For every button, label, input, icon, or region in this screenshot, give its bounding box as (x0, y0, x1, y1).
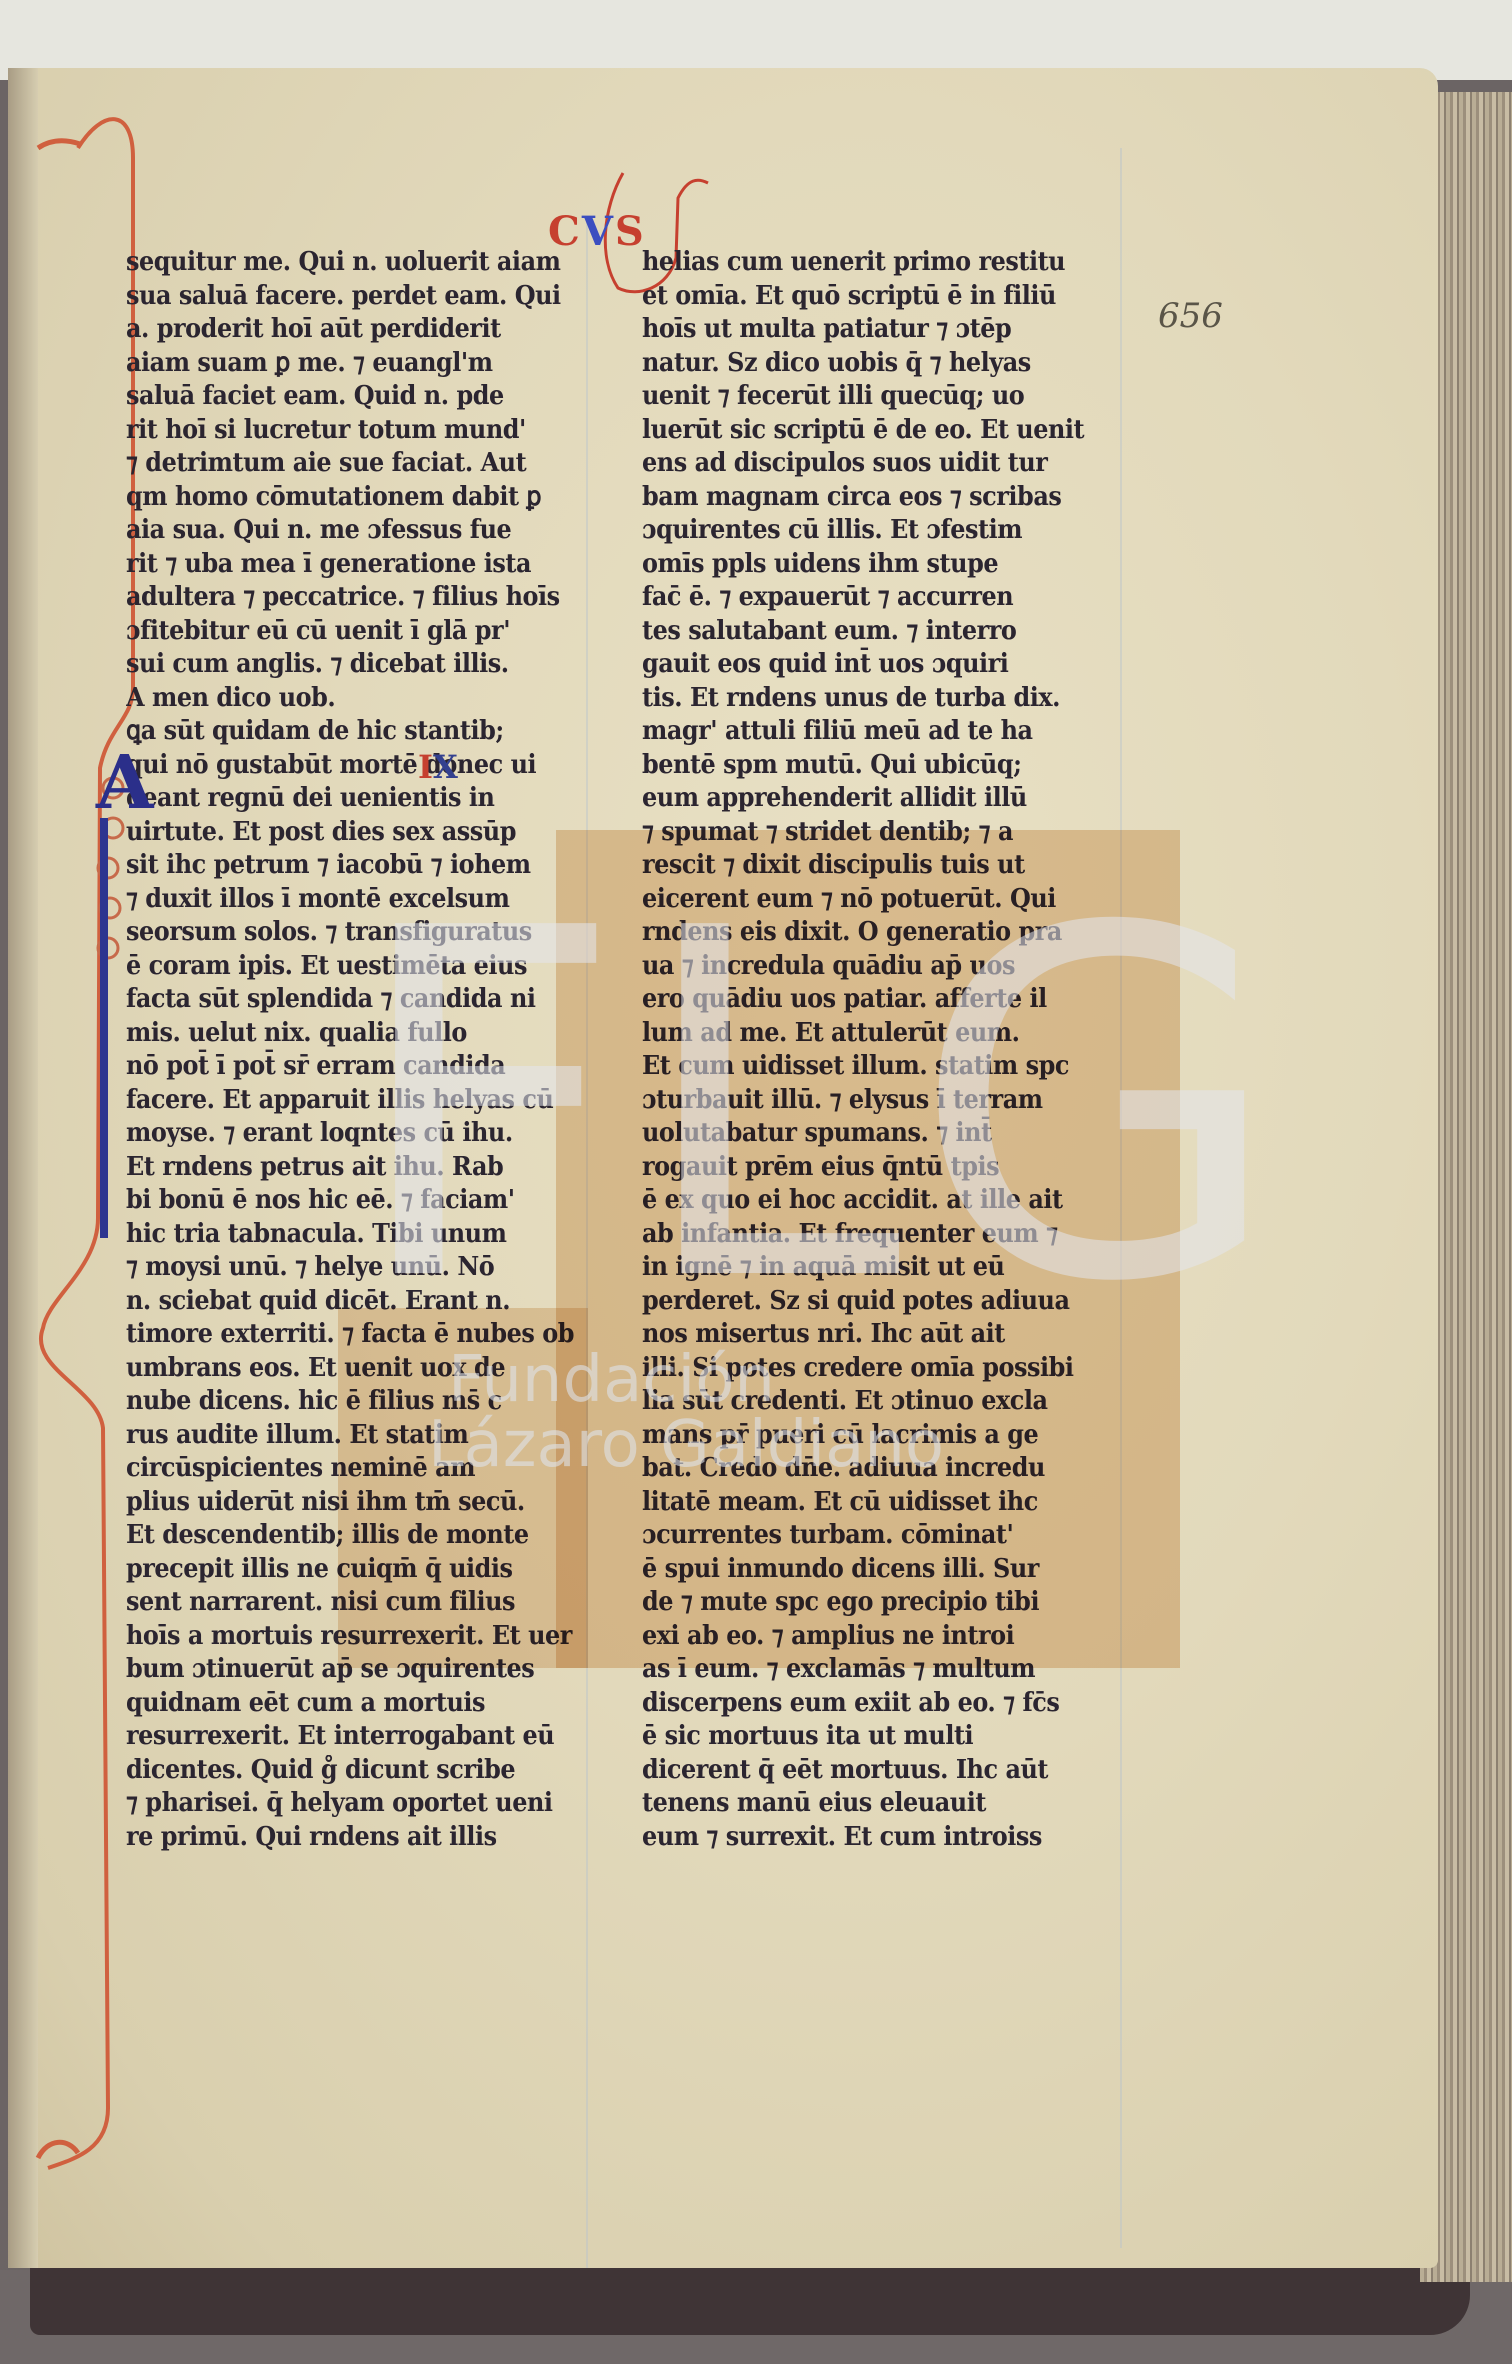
text-line: ē sic mortuus ita ut multi (642, 1720, 1120, 1754)
text-line: ɔquirentes cū illis. Et ɔfestim (642, 514, 1120, 548)
text-line: re primū. Qui rndens ait illis (126, 1821, 568, 1855)
text-line: tes salutabant eum. ⁊ interro (642, 615, 1120, 649)
text-line: discerpens eum exiit ab eo. ⁊ fc̄s (642, 1687, 1120, 1721)
text-line: dicentes. Quid g̊ dicunt scribe (126, 1754, 568, 1788)
illuminated-initial: A (96, 743, 158, 823)
text-line: tis. Et rndens unus de turba dix. (642, 682, 1120, 716)
text-line: qm homo cōmutationem dabit ꝑ (126, 481, 568, 515)
text-line: resurrexerit. Et interrogabant eū (126, 1720, 568, 1754)
text-line: eum apprehenderit allidit illū (642, 782, 1120, 816)
text-line: rit hoī si lucretur totum mund' (126, 414, 568, 448)
text-line: magr' attuli filiū meū ad te ha (642, 715, 1120, 749)
watermark-text-line1: Fundación (448, 1343, 775, 1417)
chapter-number: IX (418, 748, 458, 786)
text-line: omīs ppls uidens ihm stupe (642, 548, 1120, 582)
text-line: aia sua. Qui n. me ɔfessus fue (126, 514, 568, 548)
chapter-mark-x: X (433, 748, 458, 786)
text-line: et omīa. Et quō scriptū ē in filiū (642, 280, 1120, 314)
text-line: ⁊ pharisei. q̄ helyam oportet ueni (126, 1787, 568, 1821)
text-line: A men dico uob. (126, 682, 568, 716)
text-line: sua saluā facere. perdet eam. Qui (126, 280, 568, 314)
text-line: dicerent q̄ eēt mortuus. Ihc aūt (642, 1754, 1120, 1788)
text-line: eum ⁊ surrexit. Et cum introiss (642, 1821, 1120, 1855)
text-line: qui nō gustabūt mortē donec ui (126, 749, 568, 783)
manuscript-page: CVS 656 sequitur me. Qui n. uoluerit aia… (8, 68, 1438, 2268)
text-line: bam magnam circa eos ⁊ scribas (642, 481, 1120, 515)
text-line: uenit ⁊ fecerūt illi quecūq; uo (642, 380, 1120, 414)
text-line: sui cum anglis. ⁊ dicebat illis. (126, 648, 568, 682)
book-shadow (30, 2265, 1470, 2335)
text-line: quidnam eēt cum a mortuis (126, 1687, 568, 1721)
initial-pen-flourish (100, 818, 108, 1238)
text-line: ens ad discipulos suos uidit tur (642, 447, 1120, 481)
text-line: deant regnū dei uenientis in (126, 782, 568, 816)
text-line: fac̄ ē. ⁊ expauerūt ⁊ accurren (642, 581, 1120, 615)
text-line: natur. Sz dico uobis q̄ ⁊ helyas (642, 347, 1120, 381)
text-line: hoīs ut multa patiatur ⁊ ɔtēp (642, 313, 1120, 347)
text-line: rit ⁊ uba mea ī generatione ista (126, 548, 568, 582)
text-line: ɔfitebitur eū cū uenit ī glā pr' (126, 615, 568, 649)
text-line: bentē spm mutū. Qui ubicūq; (642, 749, 1120, 783)
text-line: luerūt sic scriptū ē de eo. Et uenit (642, 414, 1120, 448)
folio-number: 656 (1158, 296, 1223, 336)
text-line: tenens manū eius eleuauit (642, 1787, 1120, 1821)
text-line: ⁊ detrimtum aie sue faciat. Aut (126, 447, 568, 481)
text-line: adultera ⁊ peccatrice. ⁊ filius hoīs (126, 581, 568, 615)
chapter-mark-i: I (418, 748, 433, 786)
watermark-text-line2: Lázaro Galdiano (428, 1408, 944, 1482)
text-line: sequitur me. Qui n. uoluerit aiam (126, 246, 568, 280)
watermark-logo: FLG (348, 868, 1293, 1348)
text-line: aiam suam ꝑ me. ⁊ euangl'm (126, 347, 568, 381)
text-line: ꝗa sūt quidam de hic stantib; (126, 715, 568, 749)
text-line: saluā faciet eam. Quid n. pde (126, 380, 568, 414)
text-line: gauit eos quid int̄ uos ɔquiri (642, 648, 1120, 682)
text-line: a. proderit hoī aūt perdiderit (126, 313, 568, 347)
text-line: helias cum uenerit primo restitu (642, 246, 1120, 280)
